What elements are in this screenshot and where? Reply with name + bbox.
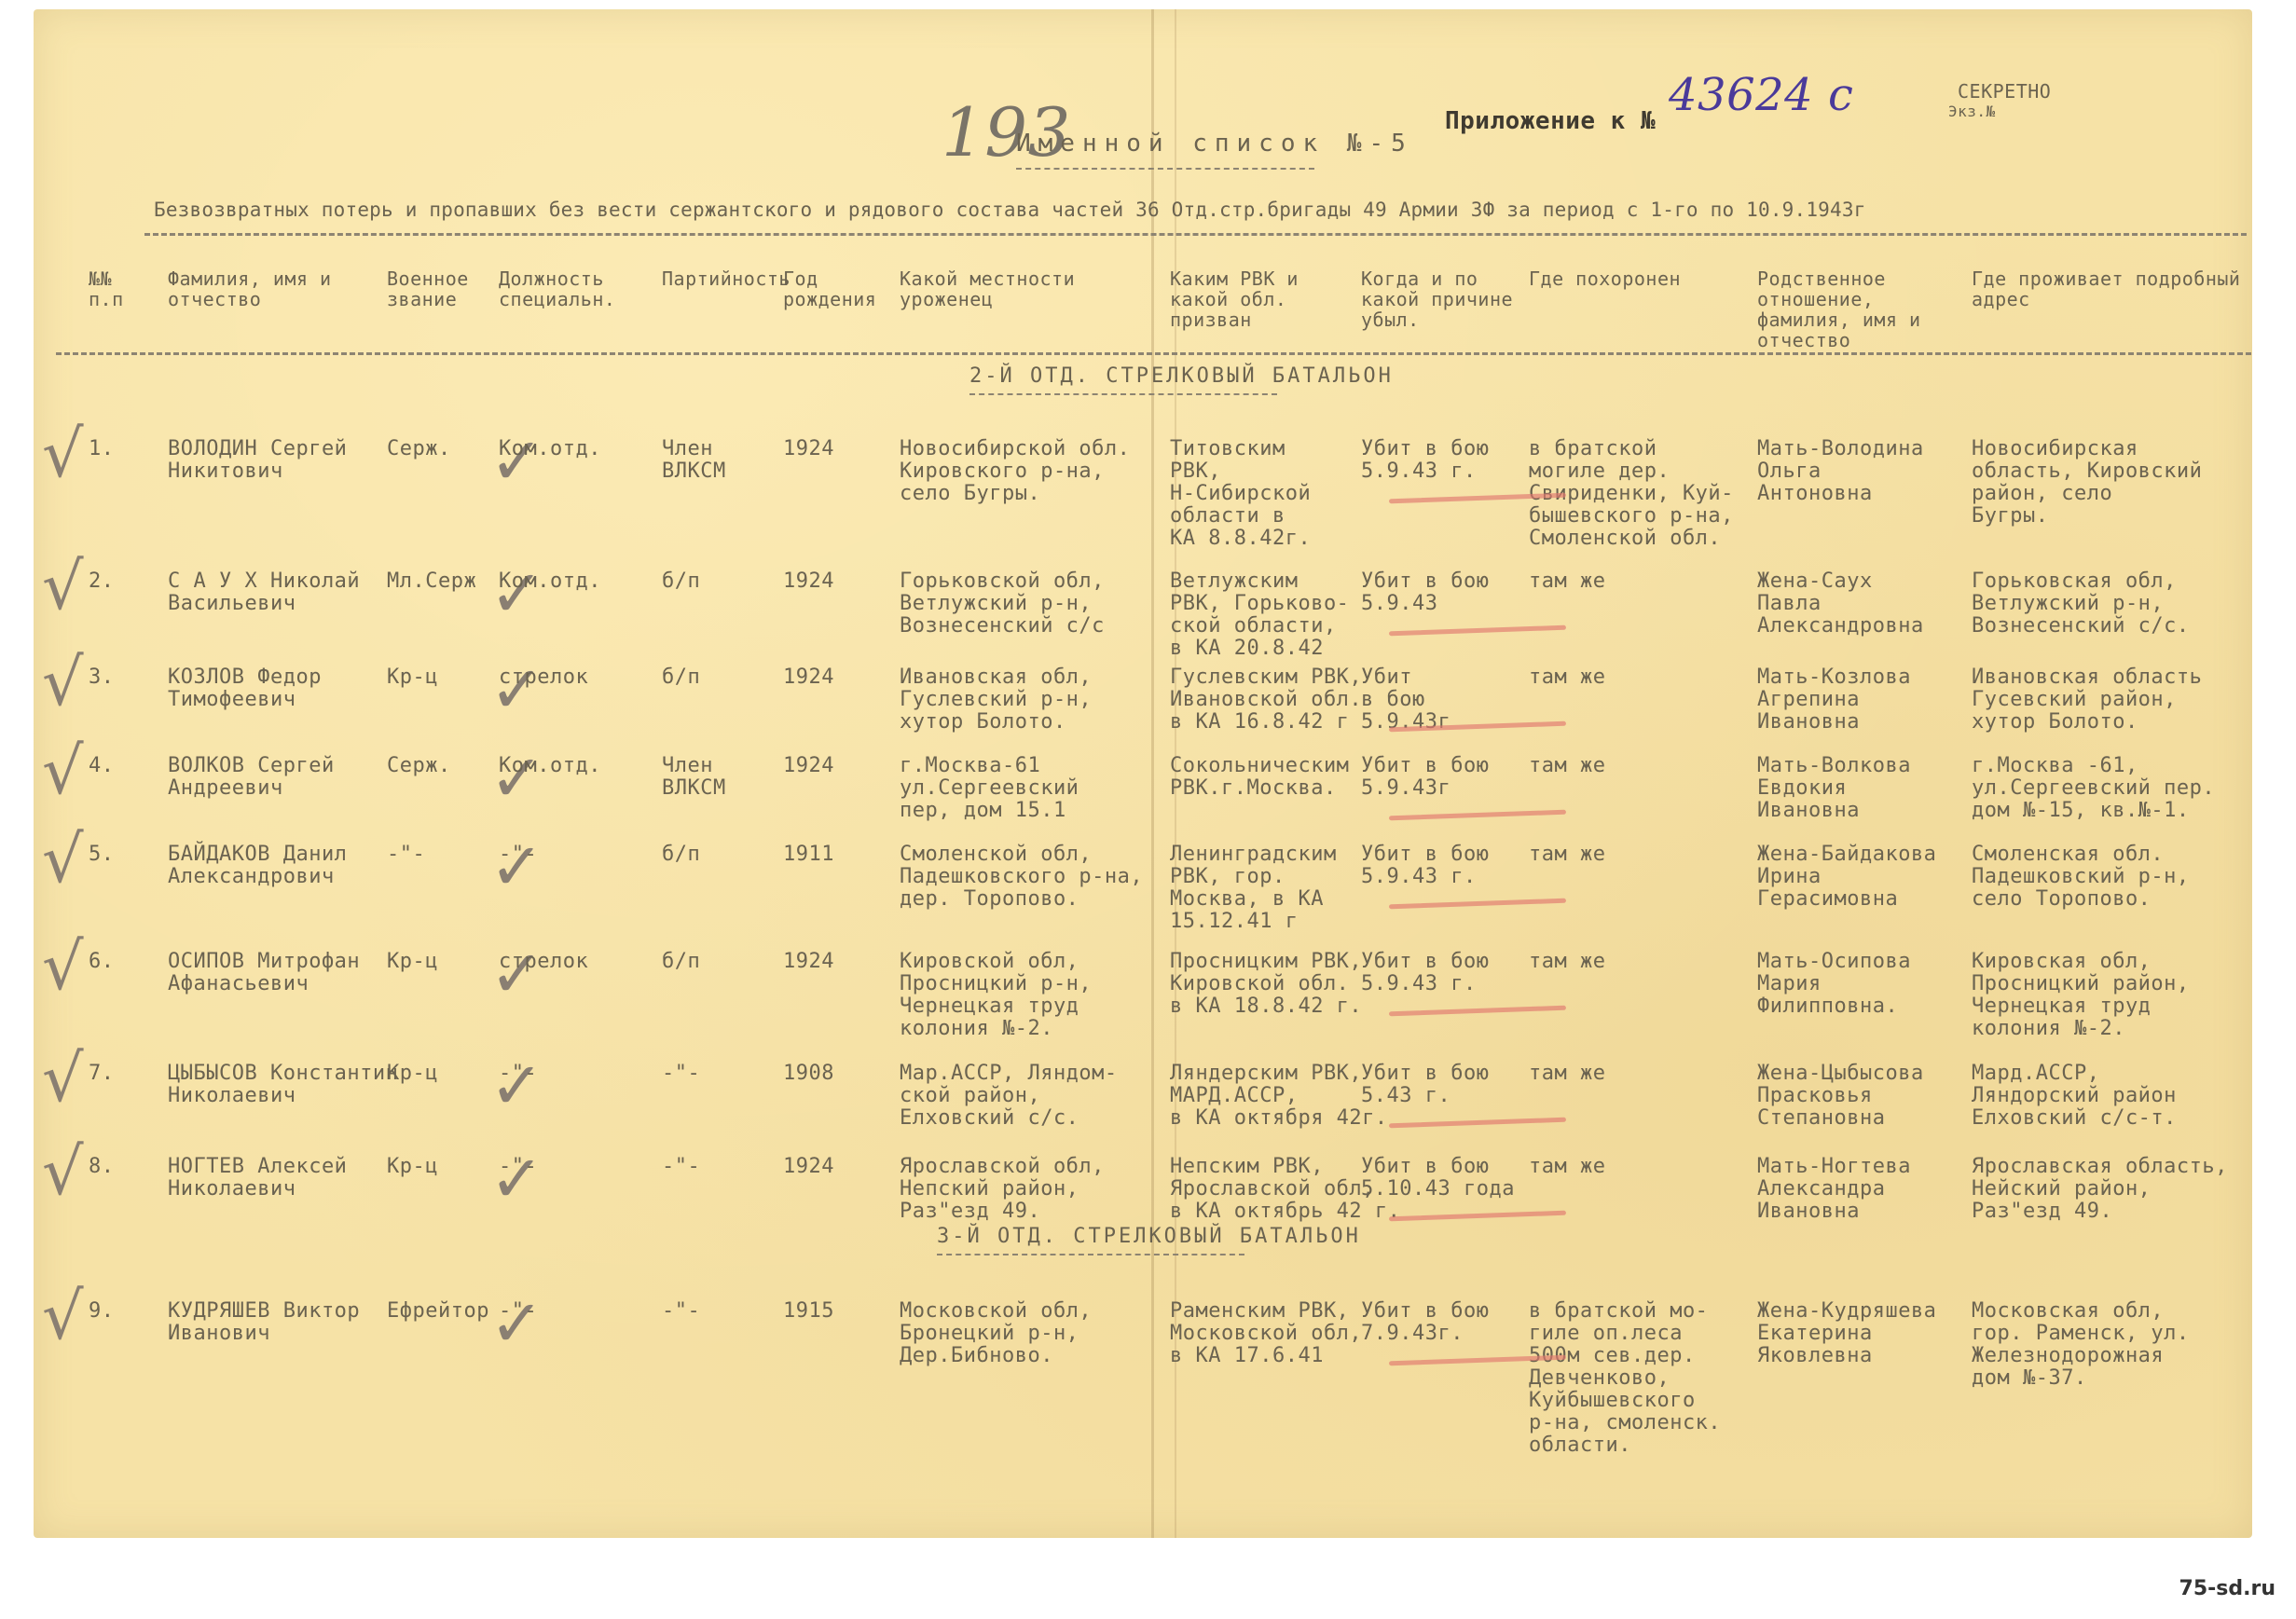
cell-when-why: Убит в бою 5.9.43 г. [1361,844,1489,888]
column-header-rank: Военное звание [387,268,489,309]
cell-address: Горьковская обл, Ветлужский р-н, Вознесе… [1972,570,2190,638]
cell-birthplace: Ивановская обл, Гуслевский р-н, хутор Бо… [900,666,1092,734]
cell-when-why: Убит в бою 5.9.43 [1361,570,1489,615]
cell-name: ВОЛКОВ Сергей Андреевич [168,755,335,800]
cell-address: Смоленская обл. Падешковский р-н, село Т… [1972,844,2190,911]
cell-buried: там же [1529,755,1605,777]
cell-relative: Жена-Цыбысова Прасковья Степановна [1757,1063,1924,1130]
cell-rank: Кр-ц [387,1063,438,1085]
cell-position: Ком.отд. [499,570,601,593]
cell-rank: Серж. [387,438,451,460]
column-header-num: №№ п.п [89,268,144,309]
cell-when-why: Убит в бою 5.10.43 года [1361,1156,1515,1201]
check-mark-icon: √ [42,827,84,892]
cell-name: ОСИПОВ Митрофан Афанасьевич [168,951,360,995]
section-title: 3-й Отд. стрелковый батальон [937,1226,1361,1248]
cell-name: НОГТЕВ Алексей Николаевич [168,1156,347,1201]
cell-birthplace: Горьковской обл, Ветлужский р-н, Вознесе… [900,570,1105,638]
cell-rank: -"- [387,844,425,866]
cell-position: -"- [499,1063,537,1085]
cell-birthplace: Кировской обл, Просницкий р-н, Чернецкая… [900,951,1092,1040]
cell-relative: Жена-Байдакова Ирина Герасимовна [1757,844,1936,911]
column-header-address: Где проживает подробный адрес [1972,268,2251,309]
cell-birth-year: 1924 [783,438,834,460]
cell-birth-year: 1915 [783,1300,834,1323]
cell-address: Кировская обл, Просницкий район, Чернецк… [1972,951,2190,1040]
cell-position: стрелок [499,951,588,973]
cell-birthplace: Смоленской обл, Падешковского р-на, дер.… [900,844,1143,911]
cell-birthplace: Ярославской обл, Непский район, Раз"езд … [900,1156,1105,1223]
cell-relative: Жена-Саух Павла Александровна [1757,570,1924,638]
header-rule [56,352,2251,355]
cell-name: ВОЛОДИН Сергей Никитович [168,438,347,483]
cell-birthplace: Мар.АССР, Ляндом- ской район, Елховский … [900,1063,1118,1130]
cell-drafted: Ляндерским РВК, МАРД.АССР, в КА октября … [1170,1063,1388,1130]
cell-address: Ярославская область, Нейский район, Раз"… [1972,1156,2228,1223]
cell-num: 1. [89,438,115,460]
cell-name: ЦЫБЫСОВ Константин Николаевич [168,1063,398,1107]
cell-when-why: Убит в бою 5.9.43 г. [1361,438,1489,483]
check-mark-icon: √ [42,554,84,619]
cell-relative: Жена-Кудряшева Екатерина Яковлевна [1757,1300,1936,1367]
title-underline [1016,168,1314,170]
cell-rank: Мл.Серж [387,570,476,593]
cell-position: -"- [499,844,537,866]
cell-party: -"- [662,1300,700,1323]
column-header-relative: Родственное отношение, фамилия, имя и от… [1757,268,1962,350]
cell-name: БАЙДАКОВ Данил Александрович [168,844,347,888]
cell-position: -"- [499,1300,537,1323]
cell-name: КУДРЯШЕВ Виктор Иванович [168,1300,360,1345]
cell-num: 9. [89,1300,115,1323]
cell-buried: там же [1529,1156,1605,1178]
cell-birth-year: 1924 [783,666,834,689]
column-header-party: Партийность [662,268,755,289]
cell-position: Ком.отд. [499,755,601,777]
cell-birth-year: 1924 [783,755,834,777]
appendix-number: 43624 с [1669,84,1853,106]
cell-buried: там же [1529,666,1605,689]
cell-party: -"- [662,1156,700,1178]
column-header-birthplace: Какой местности уроженец [900,268,1161,309]
cell-birthplace: Новосибирской обл. Кировского р-на, село… [900,438,1130,505]
cell-birth-year: 1908 [783,1063,834,1085]
cell-birthplace: Московской обл, Бронецкий р-н, Дер.Бибно… [900,1300,1092,1367]
cell-when-why: Убит в бою 5.43 г. [1361,1063,1489,1107]
cell-buried: там же [1529,844,1605,866]
cell-drafted: Сокольническим РВК.г.Москва. [1170,755,1349,800]
cell-party: б/п [662,666,700,689]
cell-name: С А У Х Николай Васильевич [168,570,360,615]
cell-drafted: Гуслевским РВК, Ивановской обл. в КА 16.… [1170,666,1362,734]
cell-num: 2. [89,570,115,593]
cell-when-why: Убит в бою 7.9.43г. [1361,1300,1489,1345]
column-header-name: Фамилия, имя и отчество [168,268,354,309]
cell-party: б/п [662,844,700,866]
cell-birth-year: 1924 [783,1156,834,1178]
cell-when-why: Убит в бою 5.9.43г [1361,755,1489,800]
cell-party: -"- [662,1063,700,1085]
column-header-drafted: Каким РВК и какой обл. призван [1170,268,1356,330]
cell-num: 4. [89,755,115,777]
cell-address: Новосибирская область, Кировский район, … [1972,438,2202,528]
cell-drafted: Раменским РВК, Московской обл, в КА 17.6… [1170,1300,1362,1367]
cell-drafted: Ветлужским РВК, Горьково- ской области, … [1170,570,1349,660]
cell-relative: Мать-Осипова Мария Филипповна. [1757,951,1911,1018]
cell-rank: Кр-ц [387,1156,438,1178]
cell-rank: Серж. [387,755,451,777]
source-watermark: 75-sd.ru [2179,1577,2275,1600]
section-title: 2-й Отд. стрелковый батальон [969,365,1394,388]
cell-drafted: Титовским РВК, Н-Сибирской области в КА … [1170,438,1311,550]
check-mark-icon: √ [42,1283,84,1349]
cell-when-why: Убит в бою 5.9.43 г. [1361,951,1489,995]
document-title: Именной список №-5 [1016,132,1413,155]
column-header-when_why: Когда и по какой причине убыл. [1361,268,1519,330]
cell-party: б/п [662,951,700,973]
cell-birth-year: 1924 [783,951,834,973]
cell-buried: в братской мо- гиле оп.леса 500м сев.дер… [1529,1300,1721,1457]
cell-address: г.Москва -61, ул.Сергеевский пер. дом №-… [1972,755,2215,822]
cell-position: стрелок [499,666,588,689]
check-mark-icon: √ [42,421,84,487]
cell-num: 6. [89,951,115,973]
column-header-birth_year: Год рождения [783,268,876,309]
page-fold-line [1151,9,1154,1538]
cell-num: 8. [89,1156,115,1178]
check-mark-icon: √ [42,1139,84,1204]
cell-num: 3. [89,666,115,689]
secrecy-stamp: Секретно [1958,80,2051,103]
cell-address: Мард.АССР, Ляндорский район Елховский с/… [1972,1063,2177,1130]
cell-party: Член ВЛКСМ [662,755,726,800]
appendix-label: Приложение к № [1445,110,1656,132]
column-header-position: Должность специальн. [499,268,629,309]
check-mark-icon: √ [42,1046,84,1111]
cell-drafted: Ленинградским РВК, гор. Москва, в КА 15.… [1170,844,1337,933]
cell-buried: там же [1529,570,1605,593]
check-mark-icon: √ [42,934,84,999]
section-title-underline [969,393,1277,395]
cell-num: 7. [89,1063,115,1085]
cell-rank: Кр-ц [387,951,438,973]
section-title-underline [937,1254,1244,1255]
cell-rank: Ефрейтор [387,1300,489,1323]
cell-relative: Мать-Козлова Агрепина Ивановна [1757,666,1911,734]
cell-num: 5. [89,844,115,866]
document-subtitle: Безвозвратных потерь и пропавших без вес… [154,199,1866,221]
cell-name: КОЗЛОВ Федор Тимофеевич [168,666,322,711]
cell-relative: Мать-Володина Ольга Антоновна [1757,438,1924,505]
check-mark-icon: √ [42,738,84,803]
cell-position: Ком.отд. [499,438,601,460]
column-header-buried: Где похоронен [1529,268,1743,289]
cell-rank: Кр-ц [387,666,438,689]
cell-party: б/п [662,570,700,593]
cell-drafted: Просницким РВК, Кировской обл. в КА 18.8… [1170,951,1362,1018]
cell-position: -"- [499,1156,537,1178]
cell-address: Ивановская область Гусевский район, хуто… [1972,666,2202,734]
cell-when-why: Убит в бою 5.9.43г [1361,666,1450,734]
cell-address: Московская обл, гор. Раменск, ул. Железн… [1972,1300,2190,1390]
cell-birthplace: г.Москва-61 ул.Сергеевский пер, дом 15.1 [900,755,1079,822]
cell-relative: Мать-Волкова Евдокия Ивановна [1757,755,1911,822]
cell-relative: Мать-Ногтева Александра Ивановна [1757,1156,1911,1223]
cell-birth-year: 1911 [783,844,834,866]
cell-party: Член ВЛКСМ [662,438,726,483]
cell-buried: там же [1529,951,1605,973]
check-mark-icon: √ [42,650,84,715]
copy-number-label: Экз.№ [1948,101,1996,123]
cell-buried: там же [1529,1063,1605,1085]
subtitle-rule [144,233,2247,236]
cell-birth-year: 1924 [783,570,834,593]
